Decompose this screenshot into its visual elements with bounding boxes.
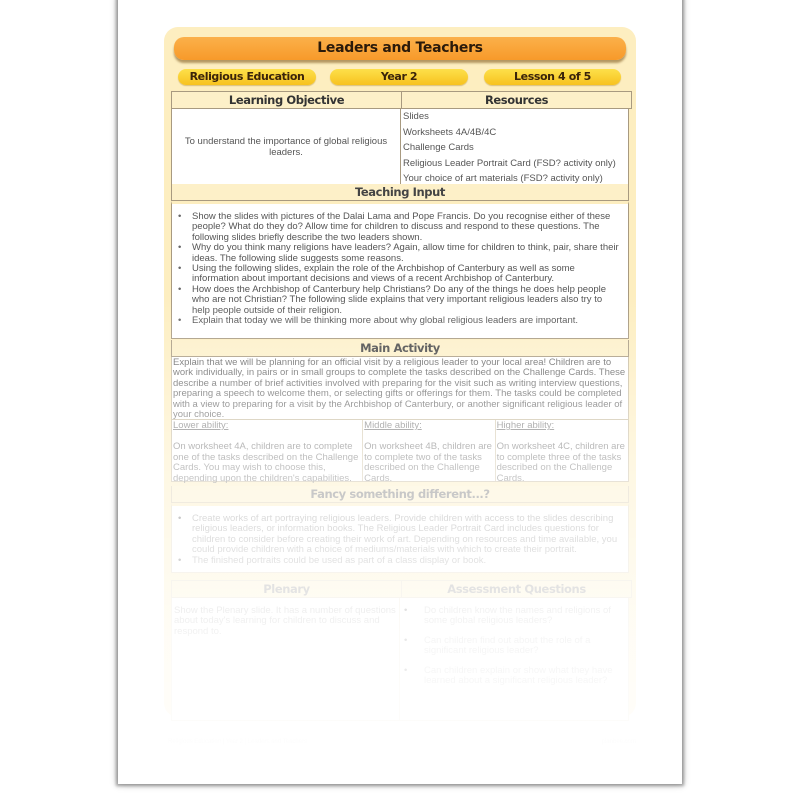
fancy-list: Create works of art portraying religious… bbox=[178, 514, 620, 566]
teaching-input-section: Teaching Input Show the slides with pict… bbox=[171, 184, 629, 339]
middle-ability-cell: Middle ability: On worksheet 4B, childre… bbox=[363, 420, 495, 481]
main-activity-section: Main Activity Explain that we will be pl… bbox=[171, 340, 629, 482]
list-item: Why do you think many religions have lea… bbox=[178, 243, 620, 264]
resource-item: Challenge Cards bbox=[403, 141, 626, 157]
learning-objective-header: Learning Objective bbox=[171, 91, 401, 109]
teaching-input-list: Show the slides with pictures of the Dal… bbox=[178, 212, 620, 326]
list-item: The finished portraits could be used as … bbox=[178, 556, 620, 566]
lesson-number-badge: Lesson 4 of 5 bbox=[484, 69, 621, 85]
fancy-something-different-section: Fancy something different...? Create wor… bbox=[171, 486, 629, 573]
list-item: Using the following slides, explain the … bbox=[178, 264, 620, 285]
learning-objective-text: To understand the importance of global r… bbox=[171, 109, 400, 185]
document-page: Leaders and Teachers Religious Education… bbox=[118, 0, 682, 784]
ability-text: On worksheet 4B, children are to complet… bbox=[364, 441, 492, 483]
resource-item: Religious Leader Portrait Card (FSD? act… bbox=[403, 157, 626, 173]
list-item: Create works of art portraying religious… bbox=[178, 514, 620, 556]
assessment-list: Do children know the names and religions… bbox=[404, 606, 624, 686]
resources-header: Resources bbox=[401, 91, 632, 109]
main-activity-header: Main Activity bbox=[171, 340, 629, 357]
subject-badge: Religious Education bbox=[178, 69, 316, 85]
ability-groups: Lower ability: On worksheet 4A, children… bbox=[171, 420, 629, 482]
learning-objective-table: Learning Objective Resources To understa… bbox=[171, 91, 629, 185]
list-item: How does the Archbishop of Canterbury he… bbox=[178, 285, 620, 316]
resource-item: Slides bbox=[403, 110, 626, 126]
main-activity-text: Explain that we will be planning for an … bbox=[171, 357, 629, 420]
lower-ability-cell: Lower ability: On worksheet 4A, children… bbox=[172, 420, 363, 481]
footer-right: planbee.com bbox=[602, 739, 636, 745]
ability-text: On worksheet 4C, children are to complet… bbox=[497, 441, 625, 483]
list-item: Can children find out about the role of … bbox=[404, 636, 624, 657]
lesson-title: Leaders and Teachers bbox=[174, 37, 626, 60]
list-item: Can children explain or show what they h… bbox=[404, 666, 624, 687]
ability-label: Higher ability: bbox=[497, 421, 627, 431]
assessment-header: Assessment Questions bbox=[401, 580, 632, 598]
resource-item: Worksheets 4A/4B/4C bbox=[403, 126, 626, 142]
ability-label: Lower ability: bbox=[173, 421, 361, 431]
list-item: Show the slides with pictures of the Dal… bbox=[178, 212, 620, 243]
resources-list: Slides Worksheets 4A/4B/4C Challenge Car… bbox=[400, 109, 629, 185]
footer-left: Religious Education | Year 2 | Leaders a… bbox=[168, 739, 307, 745]
fancy-header: Fancy something different...? bbox=[171, 486, 629, 503]
ability-label: Middle ability: bbox=[364, 421, 493, 431]
list-item: Explain that today we will be thinking m… bbox=[178, 316, 620, 326]
plenary-assessment-table: Plenary Assessment Questions Show the Pl… bbox=[171, 580, 629, 721]
teaching-input-header: Teaching Input bbox=[171, 184, 629, 201]
year-badge: Year 2 bbox=[330, 69, 468, 85]
ability-text: On worksheet 4A, children are to complet… bbox=[173, 441, 358, 483]
plenary-header: Plenary bbox=[171, 580, 401, 598]
list-item: Do children know the names and religions… bbox=[404, 606, 624, 627]
plenary-text: Show the Plenary slide. It has a number … bbox=[172, 598, 400, 720]
higher-ability-cell: Higher ability: On worksheet 4C, childre… bbox=[496, 420, 628, 481]
